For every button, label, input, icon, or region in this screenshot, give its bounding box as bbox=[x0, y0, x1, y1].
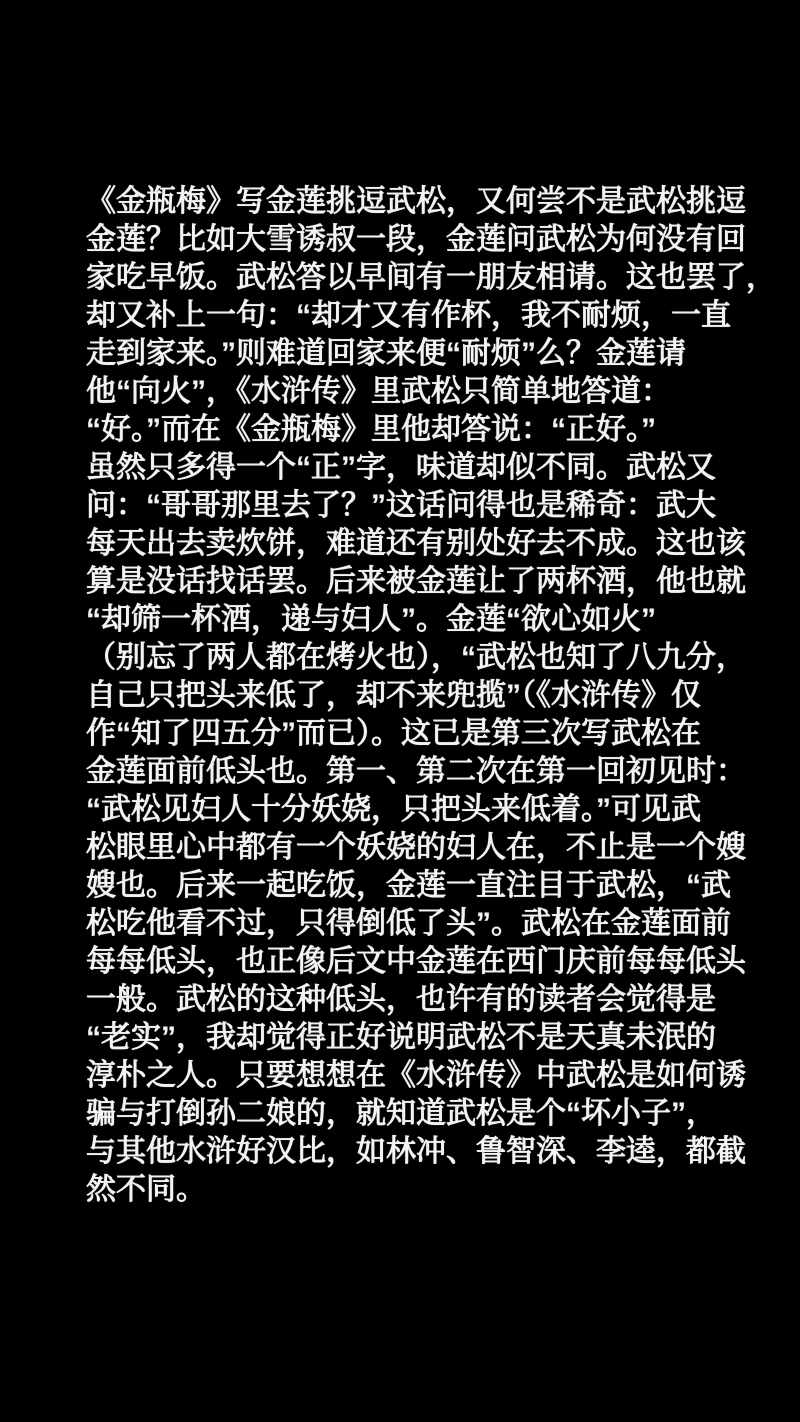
reader-page: 《金瓶梅》写金莲挑逗武松，又何尝不是武松挑逗 金莲？比如大雪诱叔一段，金莲问武松… bbox=[0, 0, 800, 1422]
essay-text: 《金瓶梅》写金莲挑逗武松，又何尝不是武松挑逗 金莲？比如大雪诱叔一段，金莲问武松… bbox=[86, 183, 800, 1209]
